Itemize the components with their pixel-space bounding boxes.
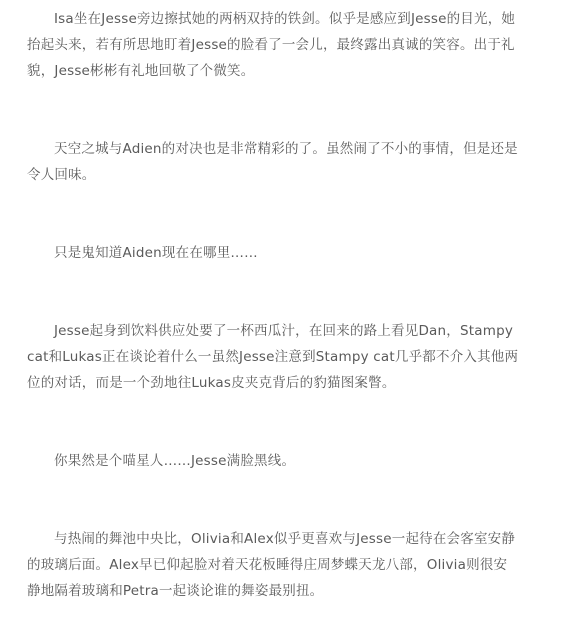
paragraph-isa-jesse: Isa坐在Jesse旁边擦拭她的两柄双持的铁剑。似乎是感应到Jesse的目光，她… [27, 6, 520, 84]
paragraph-cat-person: 你果然是个喵星人……Jesse满脸黑线。 [27, 448, 520, 474]
paragraph-spacer [27, 396, 520, 448]
paragraph-spacer [27, 474, 520, 526]
paragraph-spacer [27, 188, 520, 240]
paragraph-lounge-glass: 与热闹的舞池中央比，Olivia和Alex似乎更喜欢与Jesse一起待在会客室安… [27, 526, 520, 604]
paragraph-spacer [27, 266, 520, 318]
paragraph-spacer [27, 84, 520, 136]
paragraph-aiden-whereabouts: 只是鬼知道Aiden现在在哪里…… [27, 240, 520, 266]
article-body: Isa坐在Jesse旁边擦拭她的两柄双持的铁剑。似乎是感应到Jesse的目光，她… [0, 0, 570, 604]
paragraph-watermelon-juice: Jesse起身到饮料供应处要了一杯西瓜汁，在回来的路上看见Dan，Stampy … [27, 318, 520, 396]
paragraph-sky-city: 天空之城与Adien的对决也是非常精彩的了。虽然闹了不小的事情，但是还是令人回味… [27, 136, 520, 188]
